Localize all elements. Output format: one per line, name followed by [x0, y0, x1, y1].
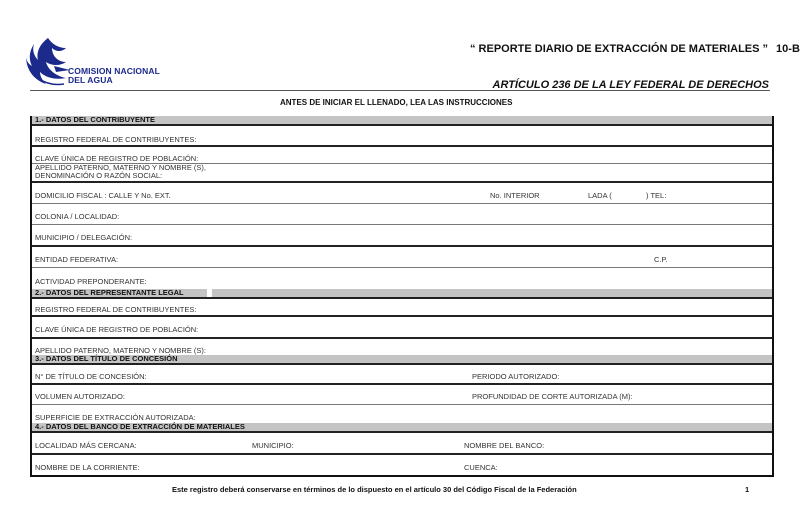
field-s3-superficie[interactable]: SUPERFICIE DE EXTRACCIÓN AUTORIZADA:	[32, 405, 772, 423]
label-s4-municipio: MUNICIPIO:	[252, 441, 294, 450]
footer-note: Este registro deberá conservarse en térm…	[172, 485, 577, 494]
organization-name: COMISION NACIONAL DEL AGUA	[68, 67, 160, 85]
field-s3-volumen[interactable]: VOLUMEN AUTORIZADO: PROFUNDIDAD DE CORTE…	[32, 385, 772, 405]
section-2-header: 2.- DATOS DEL REPRESENTANTE LEGAL	[32, 289, 772, 299]
field-s1-actividad[interactable]: ACTIVIDAD PREPONDERANTE:	[32, 268, 772, 289]
label-titulo: N° DE TÍTULO DE CONCESIÓN:	[35, 372, 147, 381]
form-code: 10-B	[776, 43, 800, 55]
section-1-title: 1.- DATOS DEL CONTRIBUYENTE	[35, 115, 155, 124]
form-table: 1.- DATOS DEL CONTRIBUYENTE REGISTRO FED…	[30, 116, 774, 477]
report-title: “ REPORTE DIARIO DE EXTRACCIÓN DE MATERI…	[470, 43, 800, 55]
section-2-title: 2.- DATOS DEL REPRESENTANTE LEGAL	[35, 288, 184, 297]
field-s1-rfc[interactable]: REGISTRO FEDERAL DE CONTRIBUYENTES:	[32, 126, 772, 147]
label-cuenca: CUENCA:	[464, 463, 498, 472]
field-s2-name[interactable]: APELLIDO PATERNO, MATERNO Y NOMBRE (S):	[32, 339, 772, 355]
section-3-header: 3.- DATOS DEL TÍTULO DE CONCESIÓN	[32, 355, 772, 365]
section-3-title: 3.- DATOS DEL TÍTULO DE CONCESIÓN	[35, 354, 178, 363]
field-s4-localidad[interactable]: LOCALIDAD MÁS CERCANA: MUNICIPIO: NOMBRE…	[32, 433, 772, 455]
label-curp: CLAVE ÚNICA DE REGISTRO DE POBLACIÓN:	[35, 154, 198, 163]
field-s1-municipio[interactable]: MUNICIPIO / DELEGACIÓN:	[32, 225, 772, 247]
field-s4-corriente[interactable]: NOMBRE DE LA CORRIENTE: CUENCA:	[32, 455, 772, 475]
page-number: 1	[745, 485, 749, 494]
label-no-interior: No. INTERIOR	[490, 191, 540, 200]
header-divider	[30, 90, 770, 91]
label-banco: NOMBRE DEL BANCO:	[464, 441, 544, 450]
section-4-title: 4.- DATOS DEL BANCO DE EXTRACCIÓN DE MAT…	[35, 422, 245, 431]
label-localidad: LOCALIDAD MÁS CERCANA:	[35, 441, 137, 450]
label-colonia: COLONIA / LOCALIDAD:	[35, 212, 119, 221]
label-periodo: PERIODO AUTORIZADO:	[472, 372, 559, 381]
label-name-line2: DENOMINACIÓN O RAZÓN SOCIAL:	[35, 171, 162, 180]
label-corriente: NOMBRE DE LA CORRIENTE:	[35, 463, 140, 472]
label-municipio: MUNICIPIO / DELEGACIÓN:	[35, 233, 132, 242]
label-s2-rfc: REGISTRO FEDERAL DE CONTRIBUYENTES:	[35, 305, 196, 314]
field-s2-curp[interactable]: CLAVE ÚNICA DE REGISTRO DE POBLACIÓN:	[32, 317, 772, 339]
label-domicilio: DOMICILIO FISCAL : CALLE Y No. EXT.	[35, 191, 171, 200]
org-line-2: DEL AGUA	[68, 76, 160, 85]
label-cp: C.P.	[654, 255, 668, 264]
field-s2-rfc[interactable]: REGISTRO FEDERAL DE CONTRIBUYENTES:	[32, 299, 772, 317]
label-rfc: REGISTRO FEDERAL DE CONTRIBUYENTES:	[35, 135, 196, 144]
label-actividad: ACTIVIDAD PREPONDERANTE:	[35, 277, 147, 286]
title-text: “ REPORTE DIARIO DE EXTRACCIÓN DE MATERI…	[470, 43, 768, 55]
section-4-header: 4.- DATOS DEL BANCO DE EXTRACCIÓN DE MAT…	[32, 423, 772, 433]
label-tel: ) TEL:	[646, 191, 666, 200]
label-superficie: SUPERFICIE DE EXTRACCIÓN AUTORIZADA:	[35, 413, 196, 422]
label-profundidad: PROFUNDIDAD DE CORTE AUTORIZADA (M):	[472, 392, 633, 401]
field-s3-titulo[interactable]: N° DE TÍTULO DE CONCESIÓN: PERIODO AUTOR…	[32, 365, 772, 385]
label-entidad: ENTIDAD FEDERATIVA:	[35, 255, 118, 264]
section-1-header: 1.- DATOS DEL CONTRIBUYENTE	[32, 116, 772, 126]
field-s1-curp[interactable]: CLAVE ÚNICA DE REGISTRO DE POBLACIÓN:	[32, 147, 772, 164]
header-gap	[207, 289, 212, 297]
instructions-notice: ANTES DE INICIAR EL LLENADO, LEA LAS INS…	[280, 98, 512, 107]
label-s2-curp: CLAVE ÚNICA DE REGISTRO DE POBLACIÓN:	[35, 325, 198, 334]
field-s1-domicilio[interactable]: DOMICILIO FISCAL : CALLE Y No. EXT. No. …	[32, 183, 772, 204]
field-s1-colonia[interactable]: COLONIA / LOCALIDAD:	[32, 204, 772, 225]
field-s1-name[interactable]: APELLIDO PATERNO, MATERNO Y NOMBRE (S),D…	[32, 164, 772, 183]
label-lada: LADA (	[588, 191, 612, 200]
field-s1-entidad[interactable]: ENTIDAD FEDERATIVA: C.P.	[32, 247, 772, 268]
label-volumen: VOLUMEN AUTORIZADO:	[35, 392, 125, 401]
label-name: APELLIDO PATERNO, MATERNO Y NOMBRE (S),D…	[35, 164, 206, 180]
